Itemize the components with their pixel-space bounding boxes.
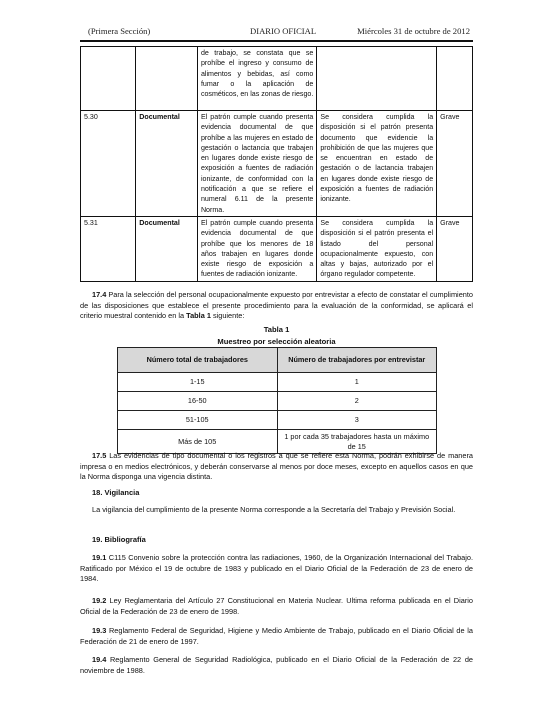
req-type: Documental bbox=[136, 111, 198, 217]
req-criterion: El patrón cumple cuando presenta evidenc… bbox=[197, 216, 316, 281]
paragraph-17-5: 17.5 Las evidencias de tipo documental o… bbox=[80, 451, 473, 483]
req-type: Documental bbox=[136, 216, 198, 281]
req-criterion: de trabajo, se constata que se prohíbe e… bbox=[197, 47, 316, 111]
req-severity bbox=[437, 47, 473, 111]
table-row: Más de 105 1 por cada 35 trabajadores ha… bbox=[118, 430, 437, 454]
table-row: 5.31 Documental El patrón cumple cuando … bbox=[81, 216, 473, 281]
para-text: Las evidencias de tipo documental o los … bbox=[80, 451, 473, 481]
cell-total-workers: 1-15 bbox=[118, 373, 278, 392]
para-number: 17.4 bbox=[92, 290, 106, 299]
req-criterion: El patrón cumple cuando presenta evidenc… bbox=[197, 111, 316, 217]
para-text: Para la selección del personal ocupacion… bbox=[80, 290, 473, 320]
cell-total-workers: 16-50 bbox=[118, 392, 278, 411]
item-text: Reglamento General de Seguridad Radiológ… bbox=[80, 655, 473, 675]
para-text: La vigilancia del cumplimiento de la pre… bbox=[92, 505, 455, 514]
cell-total-workers: Más de 105 bbox=[118, 430, 278, 454]
requirements-table: de trabajo, se constata que se prohíbe e… bbox=[80, 46, 473, 282]
header-publication: DIARIO OFICIAL bbox=[250, 26, 316, 36]
section-18-heading: 18. Vigilancia bbox=[92, 488, 139, 497]
header-rule bbox=[80, 40, 473, 42]
req-id: 5.31 bbox=[81, 216, 136, 281]
table1-title: Tabla 1 bbox=[80, 325, 473, 334]
bibliography-item: 19.1 C115 Convenio sobre la protección c… bbox=[80, 553, 473, 585]
item-text: Reglamento Federal de Seguridad, Higiene… bbox=[80, 626, 473, 646]
item-number: 19.3 bbox=[92, 626, 106, 635]
bibliography-item: 19.4 Reglamento General de Seguridad Rad… bbox=[80, 655, 473, 676]
table-reference: Tabla 1 bbox=[186, 311, 211, 320]
cell-workers-to-interview: 1 bbox=[277, 373, 437, 392]
column-header: Número total de trabajadores bbox=[118, 348, 278, 373]
req-severity: Grave bbox=[437, 111, 473, 217]
req-id bbox=[81, 47, 136, 111]
item-number: 19.4 bbox=[92, 655, 106, 664]
cell-workers-to-interview: 1 por cada 35 trabajadores hasta un máxi… bbox=[277, 430, 437, 454]
header-date: Miércoles 31 de octubre de 2012 bbox=[357, 26, 470, 36]
header-section: (Primera Sección) bbox=[88, 26, 150, 36]
table-header-row: Número total de trabajadores Número de t… bbox=[118, 348, 437, 373]
page-header: (Primera Sección) DIARIO OFICIAL Miércol… bbox=[80, 26, 473, 40]
document-page: (Primera Sección) DIARIO OFICIAL Miércol… bbox=[0, 0, 553, 715]
para-number: 17.5 bbox=[92, 451, 106, 460]
table-row: 1-15 1 bbox=[118, 373, 437, 392]
bibliography-item: 19.3 Reglamento Federal de Seguridad, Hi… bbox=[80, 626, 473, 647]
column-header: Número de trabajadores por entrevistar bbox=[277, 348, 437, 373]
req-severity: Grave bbox=[437, 216, 473, 281]
req-compliance bbox=[317, 47, 437, 111]
cell-workers-to-interview: 2 bbox=[277, 392, 437, 411]
req-type bbox=[136, 47, 198, 111]
section-18-text: La vigilancia del cumplimiento de la pre… bbox=[80, 505, 473, 516]
cell-total-workers: 51-105 bbox=[118, 411, 278, 430]
req-id: 5.30 bbox=[81, 111, 136, 217]
item-number: 19.2 bbox=[92, 596, 106, 605]
table1-subtitle: Muestreo por selección aleatoria bbox=[80, 337, 473, 346]
item-number: 19.1 bbox=[92, 553, 106, 562]
table-row: 16-50 2 bbox=[118, 392, 437, 411]
paragraph-17-4: 17.4 Para la selección del personal ocup… bbox=[80, 290, 473, 322]
item-text: Ley Reglamentaria del Artículo 27 Consti… bbox=[80, 596, 473, 616]
bibliography-item: 19.2 Ley Reglamentaria del Artículo 27 C… bbox=[80, 596, 473, 617]
req-compliance: Se considera cumplida la disposición si … bbox=[317, 111, 437, 217]
para-text: siguiente: bbox=[211, 311, 244, 320]
table-row: 5.30 Documental El patrón cumple cuando … bbox=[81, 111, 473, 217]
sampling-table: Número total de trabajadores Número de t… bbox=[117, 347, 437, 454]
item-text: C115 Convenio sobre la protección contra… bbox=[80, 553, 473, 583]
req-compliance: Se considera cumplida la disposición si … bbox=[317, 216, 437, 281]
cell-workers-to-interview: 3 bbox=[277, 411, 437, 430]
section-19-heading: 19. Bibliografía bbox=[92, 535, 146, 544]
table-row: de trabajo, se constata que se prohíbe e… bbox=[81, 47, 473, 111]
table-row: 51-105 3 bbox=[118, 411, 437, 430]
